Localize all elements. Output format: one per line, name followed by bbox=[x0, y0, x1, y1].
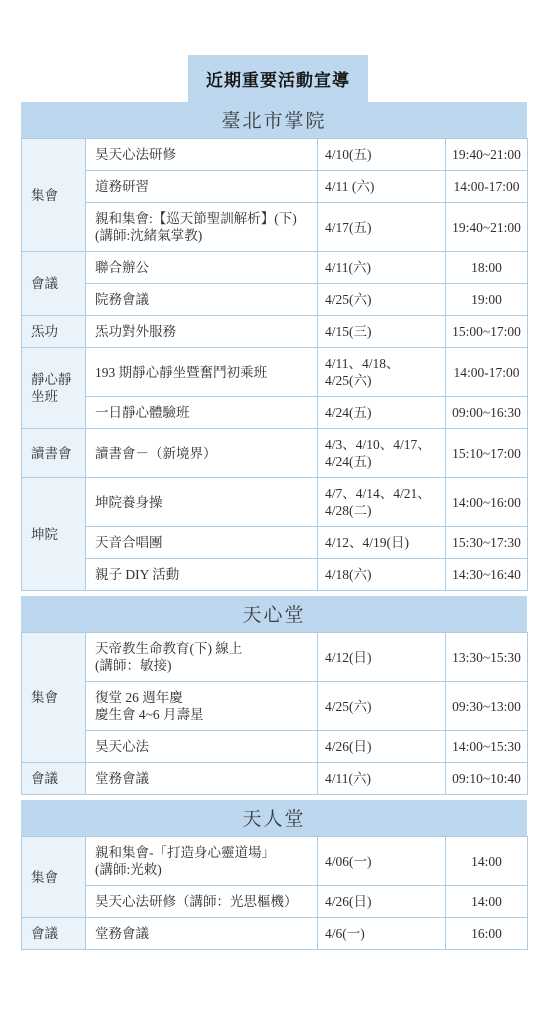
table-row: 復堂 26 週年慶慶生會 4~6 月壽星4/25(六)09:30~13:00 bbox=[22, 682, 528, 731]
date-cell: 4/17(五) bbox=[318, 203, 446, 252]
time-cell: 14:00-17:00 bbox=[446, 348, 528, 397]
date-cell: 4/10(五) bbox=[318, 139, 446, 171]
event-cell: 聯合辦公 bbox=[86, 252, 318, 284]
category-cell: 集會 bbox=[22, 633, 86, 763]
event-line: 炁功對外服務 bbox=[95, 323, 311, 340]
date-cell: 4/25(六) bbox=[318, 284, 446, 316]
table-row: 炁功炁功對外服務4/15(三)15:00~17:00 bbox=[22, 316, 528, 348]
event-cell: 親和集會-「打造身心靈道場」(講師:光敕) bbox=[86, 837, 318, 886]
time-cell: 09:10~10:40 bbox=[446, 763, 528, 795]
event-line: 親和集會-「打造身心靈道場」 bbox=[95, 844, 311, 861]
event-line: 堂務會議 bbox=[95, 925, 311, 942]
event-line: 復堂 26 週年慶 bbox=[95, 689, 311, 706]
category-cell: 會議 bbox=[22, 763, 86, 795]
event-cell: 堂務會議 bbox=[86, 763, 318, 795]
event-line: 坤院養身操 bbox=[95, 494, 311, 511]
date-cell: 4/11 (六) bbox=[318, 171, 446, 203]
category-cell: 坤院 bbox=[22, 478, 86, 591]
event-line: 193 期靜心靜坐暨奮鬥初乘班 bbox=[95, 364, 311, 381]
section: 臺北市掌院集會昊天心法研修4/10(五)19:40~21:00道務研習4/11 … bbox=[21, 102, 527, 591]
table-row: 靜心靜坐班193 期靜心靜坐暨奮鬥初乘班4/11、4/18、4/25(六)14:… bbox=[22, 348, 528, 397]
table-row: 道務研習4/11 (六)14:00-17:00 bbox=[22, 171, 528, 203]
schedule-table: 集會親和集會-「打造身心靈道場」(講師:光敕)4/06(一)14:00昊天心法研… bbox=[21, 836, 528, 950]
event-line: 院務會議 bbox=[95, 291, 311, 308]
schedule-table: 集會天帝教生命教育(下) 線上(講師：敏接)4/12(日)13:30~15:30… bbox=[21, 632, 528, 795]
time-cell: 14:30~16:40 bbox=[446, 559, 528, 591]
table-row: 昊天心法研修（講師：光思樞機）4/26(日)14:00 bbox=[22, 886, 528, 918]
time-cell: 09:00~16:30 bbox=[446, 397, 528, 429]
event-line: 親和集會:【巡天節聖訓解析】(下) bbox=[95, 210, 311, 227]
event-cell: 道務研習 bbox=[86, 171, 318, 203]
table-row: 會議堂務會議4/6(一)16:00 bbox=[22, 918, 528, 950]
category-cell: 集會 bbox=[22, 139, 86, 252]
table-row: 讀書會讀書會－（新境界）4/3、4/10、4/17、4/24(五)15:10~1… bbox=[22, 429, 528, 478]
table-row: 集會昊天心法研修4/10(五)19:40~21:00 bbox=[22, 139, 528, 171]
table-row: 集會親和集會-「打造身心靈道場」(講師:光敕)4/06(一)14:00 bbox=[22, 837, 528, 886]
event-cell: 復堂 26 週年慶慶生會 4~6 月壽星 bbox=[86, 682, 318, 731]
category-cell: 會議 bbox=[22, 252, 86, 316]
time-cell: 19:40~21:00 bbox=[446, 203, 528, 252]
category-cell: 會議 bbox=[22, 918, 86, 950]
event-line: 天帝教生命教育(下) 線上 bbox=[95, 640, 311, 657]
table-row: 會議堂務會議4/11(六)09:10~10:40 bbox=[22, 763, 528, 795]
event-cell: 193 期靜心靜坐暨奮鬥初乘班 bbox=[86, 348, 318, 397]
date-cell: 4/18(六) bbox=[318, 559, 446, 591]
time-cell: 18:00 bbox=[446, 252, 528, 284]
time-cell: 19:00 bbox=[446, 284, 528, 316]
section: 天心堂集會天帝教生命教育(下) 線上(講師：敏接)4/12(日)13:30~15… bbox=[21, 596, 527, 795]
section-header: 天人堂 bbox=[21, 800, 527, 836]
page-title: 近期重要活動宣導 bbox=[188, 55, 368, 102]
event-cell: 昊天心法研修 bbox=[86, 139, 318, 171]
section: 天人堂集會親和集會-「打造身心靈道場」(講師:光敕)4/06(一)14:00昊天… bbox=[21, 800, 527, 950]
event-line: 堂務會議 bbox=[95, 770, 311, 787]
table-row: 會議聯合辦公4/11(六)18:00 bbox=[22, 252, 528, 284]
date-cell: 4/3、4/10、4/17、4/24(五) bbox=[318, 429, 446, 478]
time-cell: 09:30~13:00 bbox=[446, 682, 528, 731]
category-cell: 讀書會 bbox=[22, 429, 86, 478]
time-cell: 14:00~16:00 bbox=[446, 478, 528, 527]
event-line: 天音合唱團 bbox=[95, 534, 311, 551]
date-cell: 4/12(日) bbox=[318, 633, 446, 682]
table-row: 集會天帝教生命教育(下) 線上(講師：敏接)4/12(日)13:30~15:30 bbox=[22, 633, 528, 682]
event-cell: 院務會議 bbox=[86, 284, 318, 316]
event-cell: 一日靜心體驗班 bbox=[86, 397, 318, 429]
date-cell: 4/26(日) bbox=[318, 731, 446, 763]
event-cell: 天帝教生命教育(下) 線上(講師：敏接) bbox=[86, 633, 318, 682]
date-cell: 4/11(六) bbox=[318, 763, 446, 795]
category-cell: 炁功 bbox=[22, 316, 86, 348]
time-cell: 16:00 bbox=[446, 918, 528, 950]
event-line: 一日靜心體驗班 bbox=[95, 404, 311, 421]
category-cell: 靜心靜坐班 bbox=[22, 348, 86, 429]
table-row: 院務會議4/25(六)19:00 bbox=[22, 284, 528, 316]
document-page: 近期重要活動宣導 臺北市掌院集會昊天心法研修4/10(五)19:40~21:00… bbox=[21, 55, 527, 950]
time-cell: 13:30~15:30 bbox=[446, 633, 528, 682]
time-cell: 14:00 bbox=[446, 886, 528, 918]
date-cell: 4/11(六) bbox=[318, 252, 446, 284]
date-cell: 4/26(日) bbox=[318, 886, 446, 918]
table-row: 昊天心法4/26(日)14:00~15:30 bbox=[22, 731, 528, 763]
table-row: 親子 DIY 活動4/18(六)14:30~16:40 bbox=[22, 559, 528, 591]
date-cell: 4/6(一) bbox=[318, 918, 446, 950]
event-line: 親子 DIY 活動 bbox=[95, 566, 311, 583]
date-cell: 4/24(五) bbox=[318, 397, 446, 429]
event-cell: 讀書會－（新境界） bbox=[86, 429, 318, 478]
event-line: 昊天心法研修（講師：光思樞機） bbox=[95, 893, 311, 910]
table-row: 親和集會:【巡天節聖訓解析】(下)(講師:沈緒氣掌教)4/17(五)19:40~… bbox=[22, 203, 528, 252]
section-header: 臺北市掌院 bbox=[21, 102, 527, 138]
event-cell: 堂務會議 bbox=[86, 918, 318, 950]
time-cell: 14:00~15:30 bbox=[446, 731, 528, 763]
time-cell: 15:10~17:00 bbox=[446, 429, 528, 478]
schedule-table: 集會昊天心法研修4/10(五)19:40~21:00道務研習4/11 (六)14… bbox=[21, 138, 528, 591]
date-cell: 4/12、4/19(日) bbox=[318, 527, 446, 559]
time-cell: 15:30~17:30 bbox=[446, 527, 528, 559]
event-cell: 親子 DIY 活動 bbox=[86, 559, 318, 591]
event-line: 昊天心法 bbox=[95, 738, 311, 755]
event-line: 慶生會 4~6 月壽星 bbox=[95, 706, 311, 723]
time-cell: 14:00 bbox=[446, 837, 528, 886]
event-cell: 昊天心法研修（講師：光思樞機） bbox=[86, 886, 318, 918]
event-cell: 親和集會:【巡天節聖訓解析】(下)(講師:沈緒氣掌教) bbox=[86, 203, 318, 252]
date-cell: 4/06(一) bbox=[318, 837, 446, 886]
event-cell: 昊天心法 bbox=[86, 731, 318, 763]
table-row: 坤院坤院養身操4/7、4/14、4/21、4/28(二)14:00~16:00 bbox=[22, 478, 528, 527]
date-cell: 4/11、4/18、4/25(六) bbox=[318, 348, 446, 397]
event-line: 道務研習 bbox=[95, 178, 311, 195]
time-cell: 14:00-17:00 bbox=[446, 171, 528, 203]
event-line: (講師:光敕) bbox=[95, 861, 311, 878]
event-line: (講師：敏接) bbox=[95, 657, 311, 674]
event-line: 昊天心法研修 bbox=[95, 146, 311, 163]
time-cell: 19:40~21:00 bbox=[446, 139, 528, 171]
event-line: 聯合辦公 bbox=[95, 259, 311, 276]
date-cell: 4/15(三) bbox=[318, 316, 446, 348]
section-header: 天心堂 bbox=[21, 596, 527, 632]
event-cell: 天音合唱團 bbox=[86, 527, 318, 559]
date-cell: 4/7、4/14、4/21、4/28(二) bbox=[318, 478, 446, 527]
event-cell: 坤院養身操 bbox=[86, 478, 318, 527]
time-cell: 15:00~17:00 bbox=[446, 316, 528, 348]
event-line: (講師:沈緒氣掌教) bbox=[95, 227, 311, 244]
event-line: 讀書會－（新境界） bbox=[95, 445, 311, 462]
date-cell: 4/25(六) bbox=[318, 682, 446, 731]
table-row: 天音合唱團4/12、4/19(日)15:30~17:30 bbox=[22, 527, 528, 559]
table-row: 一日靜心體驗班4/24(五)09:00~16:30 bbox=[22, 397, 528, 429]
event-cell: 炁功對外服務 bbox=[86, 316, 318, 348]
sections: 臺北市掌院集會昊天心法研修4/10(五)19:40~21:00道務研習4/11 … bbox=[21, 102, 527, 950]
category-cell: 集會 bbox=[22, 837, 86, 918]
